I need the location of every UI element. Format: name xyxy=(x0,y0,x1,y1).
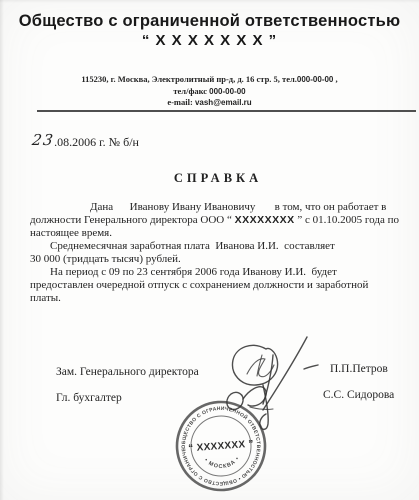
stamp-center-name: “ ХХХХХХХ ” xyxy=(188,439,254,455)
signature-name-sidorova: С.С. Сидорова xyxy=(323,389,394,401)
signature-name-petrov: П.П.Петров xyxy=(330,363,388,375)
printed-date-number: .08.2006 г. № б/н xyxy=(54,135,139,149)
email-address: vash@email.ru xyxy=(195,98,252,107)
fax-number: 000-00-00 xyxy=(209,87,245,96)
fax-label: тел/факс xyxy=(173,86,209,96)
stamp-city-text: • МОСКВА • xyxy=(203,455,242,471)
handwritten-day: 23 xyxy=(31,131,56,149)
company-round-stamp: ОБЩЕСТВО С ОГРАНИЧЕННОЙ ОТВЕТСТВЕННОСТЬЮ… xyxy=(170,395,272,497)
date-number-line: 23.08.2006 г. № б/н xyxy=(32,132,139,150)
address-line: 115230, г. Москва, Электролитный пр-д, д… xyxy=(0,74,419,86)
email-label: e-mail: xyxy=(167,97,195,107)
scan-edge-shadow-top xyxy=(0,0,419,3)
document-title: СПРАВКА xyxy=(31,171,405,186)
svg-text:• МОСКВА •: • МОСКВА • xyxy=(203,455,242,471)
address-tail: , xyxy=(333,74,337,84)
document-body: Дана Иванову Ивану Ивановичу в том, что … xyxy=(30,201,400,305)
email-line: e-mail: vash@email.ru xyxy=(0,97,419,109)
phone-number: 000-00-00 xyxy=(297,75,333,84)
org-type-line: Общество с ограниченной ответственностью xyxy=(0,11,419,31)
address-text: 115230, г. Москва, Электролитный пр-д, д… xyxy=(81,74,297,84)
company-name-placeholder: ХХХХХХХХ xyxy=(235,214,295,226)
document-page: Общество с ограниченной ответственностью… xyxy=(0,0,419,500)
signature-role-deputy-director: Зам. Генерального директора xyxy=(56,366,199,378)
paragraph-vacation: На период с 09 по 23 сентября 2006 года … xyxy=(30,266,400,305)
letterhead-divider xyxy=(37,110,416,112)
signature-role-chief-accountant: Гл. бухгалтер xyxy=(56,392,122,404)
paragraph-salary: Среднемесячная заработная плата Иванова … xyxy=(30,240,400,266)
letterhead: Общество с ограниченной ответственностью… xyxy=(0,11,419,50)
paragraph-employment: Дана Иванову Ивану Ивановичу в том, что … xyxy=(30,201,400,240)
org-name-line: “ Х Х Х Х Х Х Х ” xyxy=(0,32,419,50)
contact-block: 115230, г. Москва, Электролитный пр-д, д… xyxy=(0,74,419,109)
fax-line: тел/факс 000-00-00 xyxy=(0,86,419,98)
